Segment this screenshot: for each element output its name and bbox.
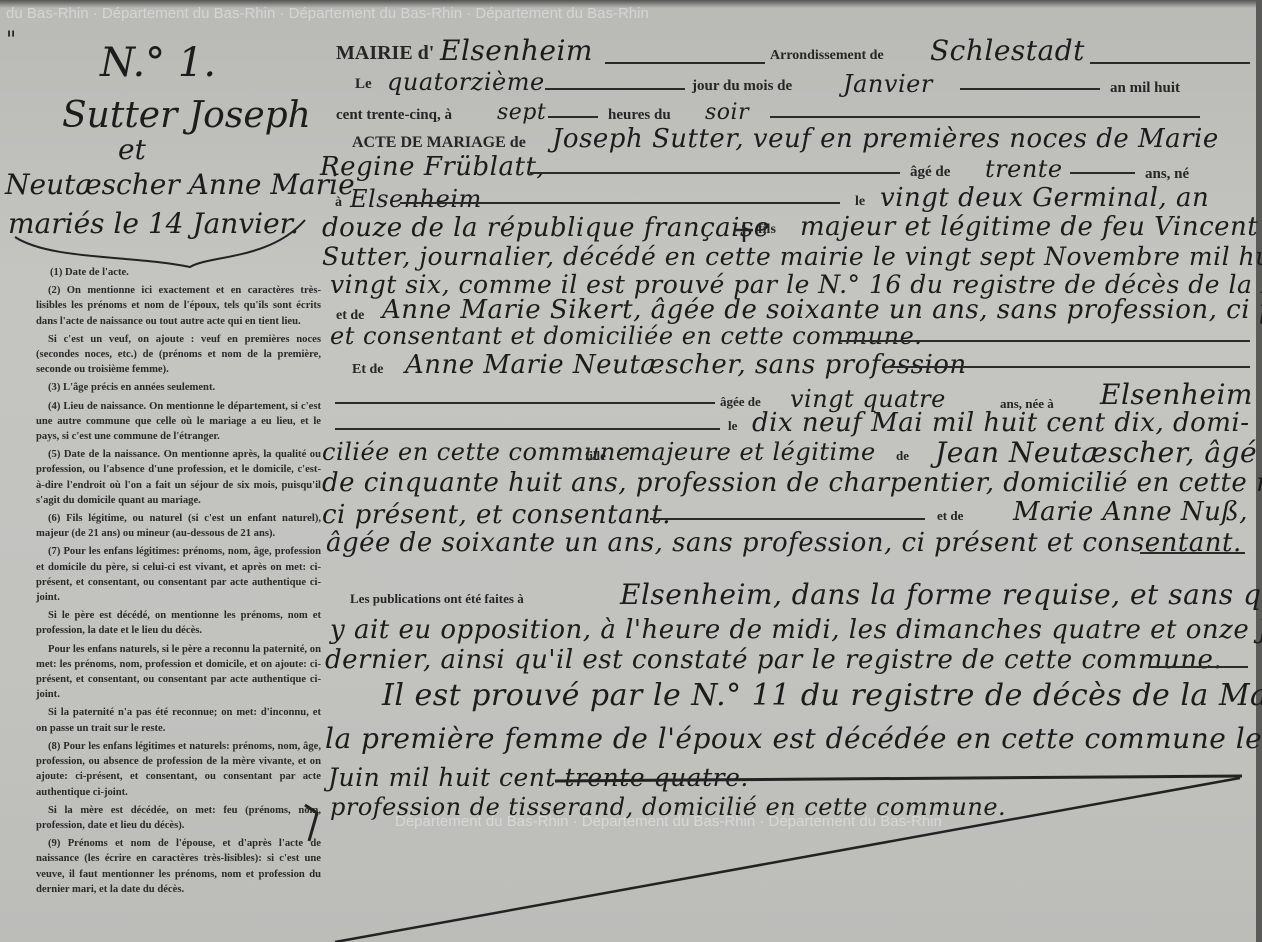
marriage-record-page: du Bas-Rhin · Département du Bas-Rhin · … [0,0,1262,942]
cancel-stroke-icon [0,0,1262,942]
